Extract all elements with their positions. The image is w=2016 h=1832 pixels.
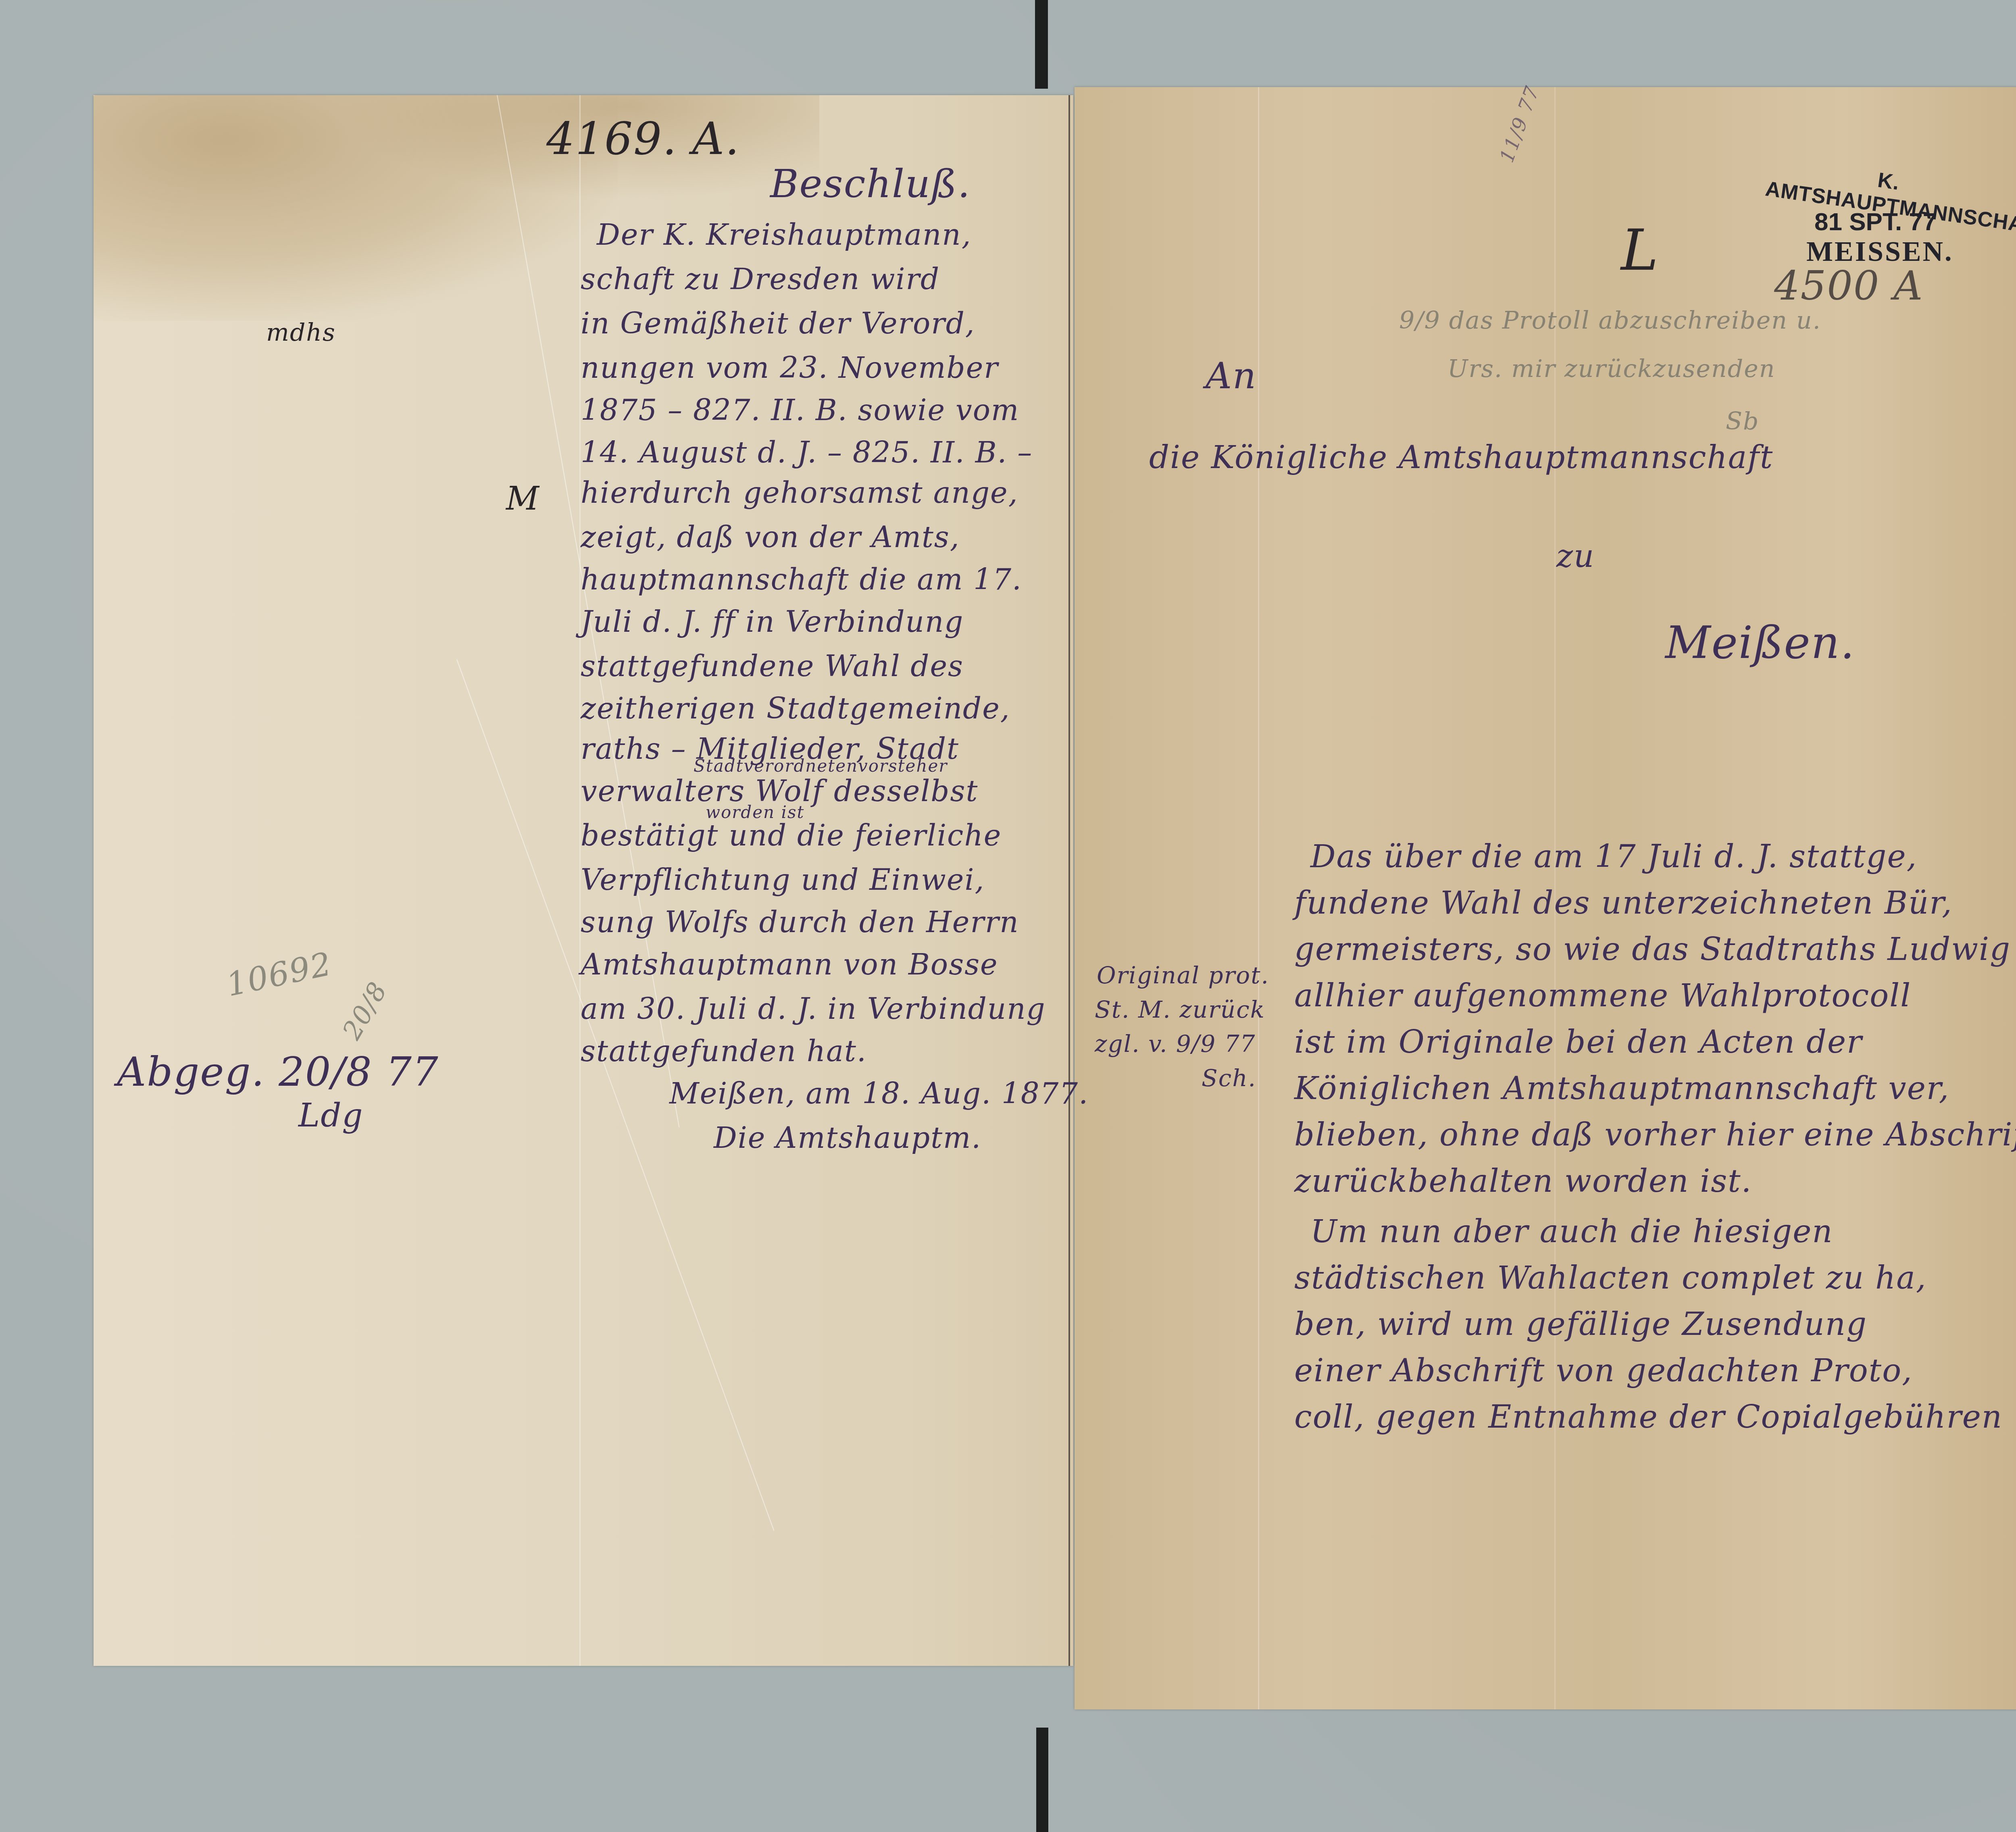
- file-number: 4169. A.: [546, 113, 740, 164]
- body-line: Juli d. J. ff in Verbindung: [581, 605, 964, 639]
- dispatch-note: Abgeg. 20/8 77: [117, 1048, 439, 1095]
- column-rule: [1068, 95, 1070, 1666]
- registry-number: 4500 A: [1774, 262, 1924, 309]
- body-line: schaft zu Dresden wird: [581, 262, 940, 296]
- pencil-annotation: 9/9 das Protoll abzuschreiben u.: [1399, 306, 1821, 335]
- margin-note-line: St. M. zurück: [1095, 996, 1265, 1023]
- salutation: An: [1206, 355, 1257, 397]
- closing-signature: Die Amtshauptm.: [714, 1121, 981, 1155]
- body-line: ben, wird um gefällige Zusendung: [1294, 1306, 1867, 1343]
- pencil-initials: Sb: [1726, 407, 1760, 435]
- body-line: Das über die am 17 Juli d. J. stattge,: [1310, 839, 1917, 875]
- body-line: 14. August d. J. – 825. II. B. –: [581, 435, 1033, 469]
- body-line: Der K. Kreishauptmann,: [597, 218, 972, 252]
- margin-mark: M: [506, 480, 540, 517]
- body-line: in Gemäßheit der Verord,: [581, 306, 975, 340]
- body-line: coll, gegen Entnahme der Copialgebühren: [1294, 1399, 2003, 1435]
- body-line: stattgefunden hat.: [581, 1034, 867, 1068]
- body-line: zurückbehalten worden ist.: [1294, 1163, 1752, 1199]
- body-line: zeitherigen Stadtgemeinde,: [581, 691, 1010, 725]
- body-line: 1875 – 827. II. B. sowie vom: [581, 393, 1019, 427]
- body-line: stattgefundene Wahl des: [581, 649, 964, 683]
- body-line: städtischen Wahlacten complet zu ha,: [1294, 1260, 1926, 1296]
- receipt-stamp: K. AMTSHAUPTMANNSCHAFT 81 SPT. 77 MEISSE…: [1766, 169, 2008, 274]
- body-line: am 30. Juli d. J. in Verbindung: [581, 992, 1046, 1026]
- body-line: zeigt, daß von der Amts,: [581, 520, 960, 554]
- body-line: einer Abschrift von gedachten Proto,: [1294, 1353, 1913, 1389]
- body-line: Königlichen Amtshauptmannschaft ver,: [1294, 1070, 1949, 1107]
- body-line: Um nun aber auch die hiesigen: [1310, 1214, 1833, 1250]
- dispatch-initials: Ldg: [298, 1097, 364, 1134]
- margin-note-top: mdhs: [266, 319, 336, 347]
- body-line: Verpflichtung und Einwei,: [581, 863, 985, 897]
- body-line: allhier aufgenommene Wahlprotocoll: [1294, 978, 1911, 1014]
- body-line: sung Wolfs durch den Herrn: [581, 905, 1019, 939]
- body-line: germeisters, so wie das Stadtraths Ludwi…: [1294, 931, 2011, 968]
- page-fold: [1258, 87, 1259, 1709]
- body-line: nungen vom 23. November: [581, 351, 999, 385]
- binding-strip-top: [1035, 0, 1048, 89]
- margin-note-line: Original prot.: [1097, 962, 1269, 989]
- body-line: blieben, ohne daß vorher hier eine Absch…: [1294, 1117, 2016, 1153]
- body-line: ist im Originale bei den Acten der: [1294, 1024, 1862, 1060]
- body-line: bestätigt und die feierliche: [581, 818, 1002, 852]
- margin-note-line: zgl. v. 9/9 77: [1095, 1030, 1256, 1058]
- addressee: die Königliche Amtshauptmannschaft: [1149, 439, 1773, 476]
- addressee-city: Meißen.: [1665, 617, 1855, 668]
- binding-strip-bottom: [1036, 1728, 1048, 1832]
- margin-note-line: Sch.: [1202, 1064, 1256, 1092]
- body-line: fundene Wahl des unterzeichneten Bür,: [1294, 885, 1953, 921]
- body-line: Amtshauptmann von Bosse: [581, 947, 998, 981]
- decision-heading: Beschluß.: [770, 161, 971, 206]
- addressee-zu: zu: [1556, 538, 1595, 575]
- letter-mark: L: [1621, 218, 1659, 283]
- interlinear-insertion: Stadtverordnetenvorsteher: [694, 756, 948, 776]
- closing-date: Meißen, am 18. Aug. 1877.: [669, 1076, 1089, 1110]
- body-line: hauptmannschaft die am 17.: [581, 562, 1022, 596]
- pencil-annotation: Urs. mir zurückzusenden: [1447, 355, 1775, 383]
- body-line: hierdurch gehorsamst ange,: [581, 476, 1018, 510]
- stamp-date: 81 SPT. 77: [1814, 208, 1937, 236]
